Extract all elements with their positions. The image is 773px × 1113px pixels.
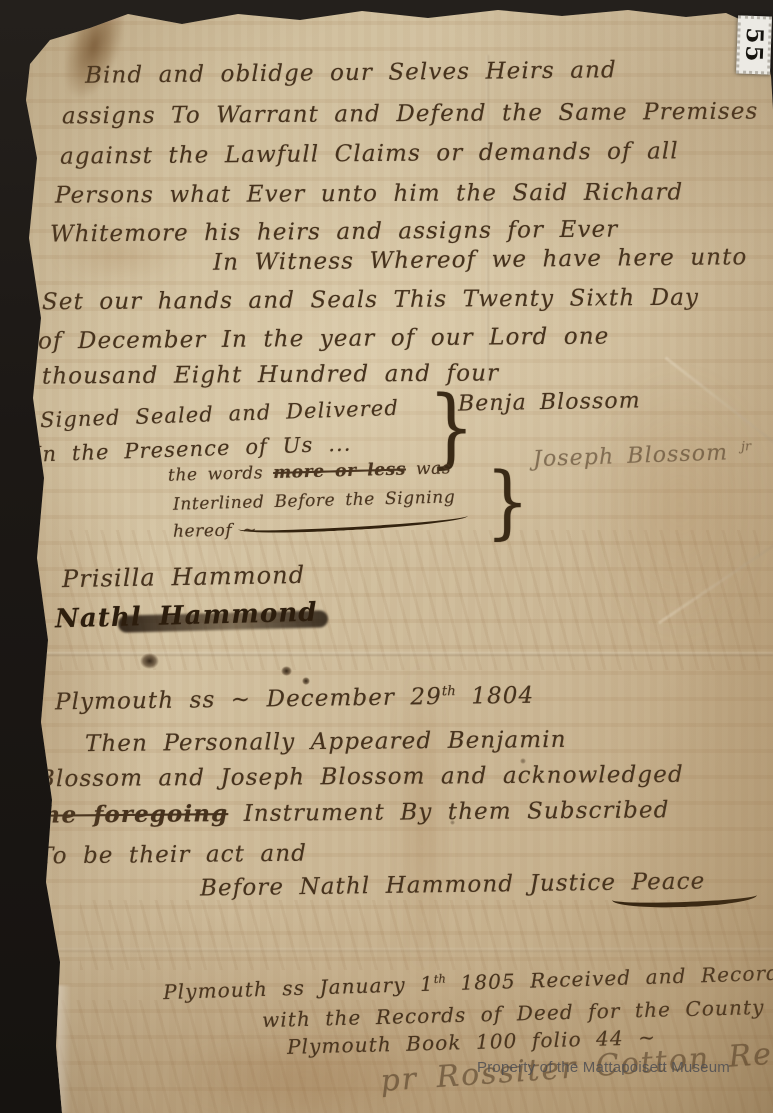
struck-words: the foregoing [32, 800, 228, 829]
stain-highlight [92, 0, 128, 24]
ink-blot [281, 666, 292, 676]
bleedthrough-band [80, 900, 760, 970]
note-text: the words [168, 463, 274, 486]
witness-signature: Prisilla Hammond [62, 561, 306, 593]
ink-stain [52, 0, 136, 107]
justice-line: Before Nathl Hammond Justice Peace [200, 868, 706, 901]
fold-crease [0, 652, 773, 656]
pen-flourish [238, 509, 468, 536]
archive-number: 55 [740, 27, 768, 64]
signature-suffix: jr [741, 439, 752, 454]
attestation-line: Signed Sealed and Delivered [40, 396, 400, 433]
recording-text: 1805 Received and Recorded [446, 960, 773, 995]
acknowledgment-venue: Plymouth ss ~ December 29th 1804 [55, 683, 535, 716]
archive-number-label: 55 [736, 15, 772, 74]
attestation-brace: } [486, 455, 529, 548]
witness-clause-line: In Witness Whereof we have here unto [213, 244, 748, 276]
museum-watermark: Property of the Mattapoisett Museum [477, 1059, 730, 1076]
witness-signature: Nathl Hammond [55, 598, 318, 635]
deed-line: assigns To Warrant and Defend the Same P… [62, 99, 759, 130]
recording-text: Plymouth ss January 1 [163, 972, 434, 1004]
acknowledgment-line: To be their act and [38, 841, 307, 870]
recording-line: with the Records of Deed for the County … [262, 994, 773, 1032]
witness-clause-line: Set our hands and Seals This Twenty Sixt… [42, 285, 699, 316]
note-struck-words: more or less [273, 459, 406, 482]
ink-blot [140, 653, 159, 669]
signature-name: Joseph Blossom [533, 440, 729, 472]
paper-sheet: Bind and oblidge our Selves Heirs and as… [0, 0, 773, 1113]
deed-line: Bind and oblidge our Selves Heirs and [85, 57, 617, 89]
fold-crease [665, 356, 773, 506]
acknowledgment-line: Blossom and Joseph Blossom and acknowled… [38, 762, 684, 793]
paper-deckle-edge [57, 985, 72, 1113]
fold-crease [0, 948, 773, 952]
bleedthrough-band [60, 530, 760, 670]
grantor-signature: Benja Blossom [458, 388, 641, 416]
witness-clause-line: of December In the year of our Lord one [38, 324, 610, 355]
fold-crease [658, 499, 773, 625]
interlineation-note-line: hereof ~ [173, 520, 258, 541]
acknowledgment-text: Instrument By them Subscribed [228, 797, 669, 827]
note-text: was [406, 458, 452, 479]
deed-line: Persons what Ever unto him the Said Rich… [55, 179, 683, 208]
venue-text: 1804 [456, 683, 535, 710]
deed-line: Whitemore his heirs and assigns for Ever [50, 217, 619, 248]
venue-text: Plymouth ss ~ December 29 [55, 684, 442, 715]
manuscript-scan: Bind and oblidge our Selves Heirs and as… [0, 0, 773, 1113]
deed-line: against the Lawfull Claims or demands of… [60, 138, 679, 169]
ink-blot [302, 677, 310, 685]
grantor-signature: Joseph Blossom jr [533, 439, 752, 472]
interlineation-note-line: the words more or less was [168, 458, 452, 485]
date-superscript: th [442, 684, 456, 699]
date-superscript: th [434, 972, 447, 986]
interlineation-note-line: Interlined Before the Signing [173, 487, 456, 514]
acknowledgment-line: the foregoing Instrument By them Subscri… [32, 796, 670, 829]
acknowledgment-line: Then Personally Appeared Benjamin [85, 727, 567, 757]
